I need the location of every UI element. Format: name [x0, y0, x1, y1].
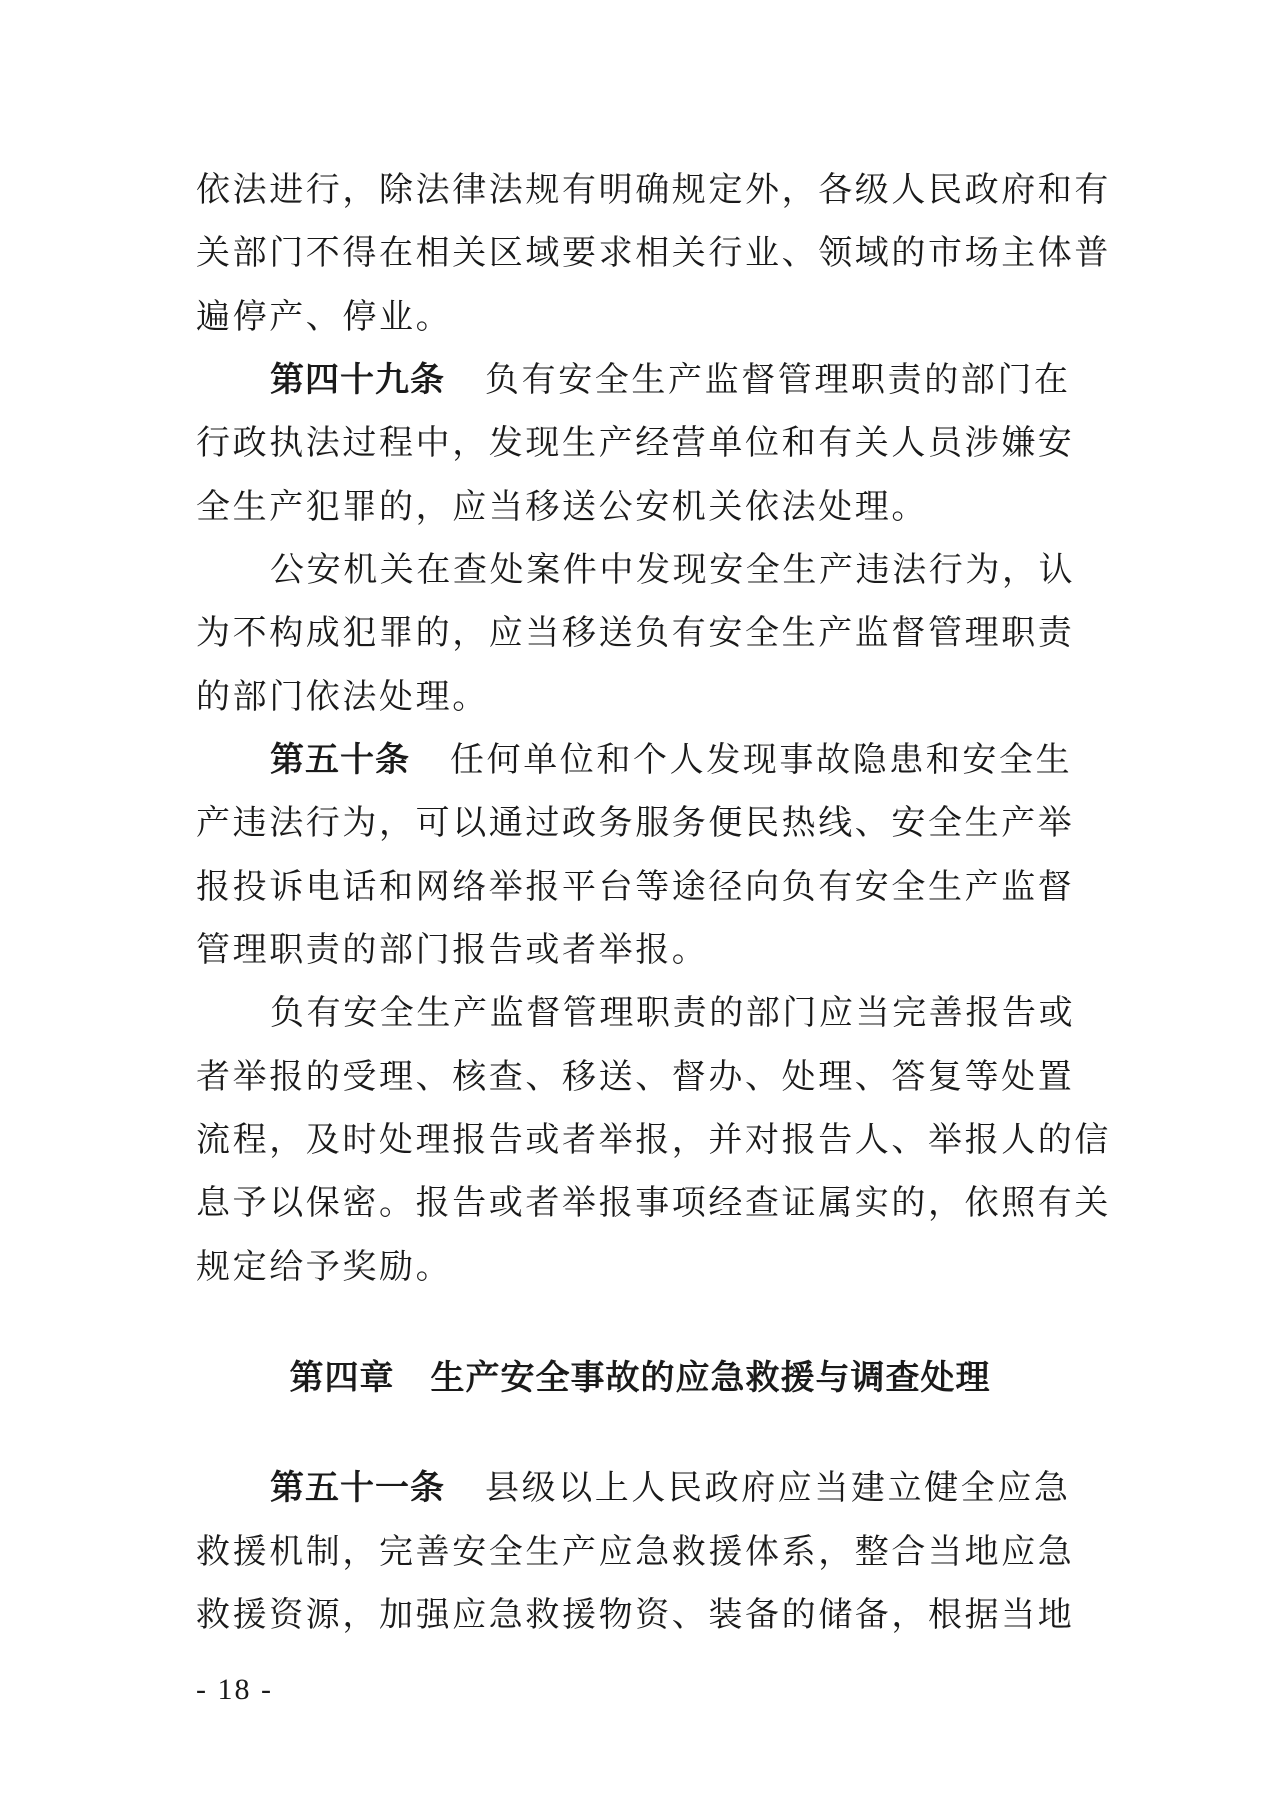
article-text: 县级以上人民政府应当建立健全应急 — [485, 1468, 1071, 1508]
text-line: 全生产犯罪的，应当移送公安机关依法处理。 — [196, 475, 1096, 539]
text-line: 关部门不得在相关区域要求相关行业、领域的市场主体普 — [196, 221, 1096, 285]
text-line: 救援机制，完善安全生产应急救援体系，整合当地应急 — [196, 1520, 1096, 1584]
text-line: 管理职责的部门报告或者举报。 — [196, 918, 1096, 982]
text-line: 报投诉电话和网络举报平台等途径向负有安全生产监督 — [196, 855, 1096, 919]
chapter-label: 第四章 — [290, 1358, 395, 1398]
article-text: 负有安全生产监督管理职责的部门在 — [485, 360, 1071, 400]
page-number: - 18 - — [196, 1672, 273, 1708]
text-line: 为不构成犯罪的，应当移送负有安全生产监督管理职责 — [196, 601, 1096, 665]
paragraph-first-line: 负有安全生产监督管理职责的部门应当完善报告或 — [196, 981, 1170, 1045]
article-label: 第五十一条 — [270, 1468, 445, 1508]
text-line: 规定给予奖励。 — [196, 1235, 1096, 1299]
text-line: 行政执法过程中，发现生产经营单位和有关人员涉嫌安 — [196, 411, 1096, 475]
text-line: 遍停产、停业。 — [196, 285, 1096, 349]
text-line: 依法进行，除法律法规有明确规定外，各级人民政府和有 — [196, 158, 1096, 222]
article-label: 第五十条 — [270, 740, 410, 780]
article-51-first-line: 第五十一条县级以上人民政府应当建立健全应急 — [196, 1456, 1170, 1520]
article-49-first-line: 第四十九条负有安全生产监督管理职责的部门在 — [196, 348, 1170, 412]
text-line: 息予以保密。报告或者举报事项经查证属实的，依照有关 — [196, 1171, 1096, 1235]
article-50-first-line: 第五十条任何单位和个人发现事故隐患和安全生 — [196, 728, 1170, 792]
article-label: 第四十九条 — [270, 360, 445, 400]
text-line: 救援资源，加强应急救援物资、装备的储备，根据当地 — [196, 1583, 1096, 1647]
paragraph-first-line: 公安机关在查处案件中发现安全生产违法行为，认 — [196, 538, 1170, 602]
text-line: 者举报的受理、核查、移送、督办、处理、答复等处置 — [196, 1045, 1096, 1109]
text-line: 的部门依法处理。 — [196, 665, 1096, 729]
document-page: 依法进行，除法律法规有明确规定外，各级人民政府和有 关部门不得在相关区域要求相关… — [0, 0, 1280, 1812]
text-line: 产违法行为，可以通过政务服务便民热线、安全生产举 — [196, 791, 1096, 855]
article-text: 任何单位和个人发现事故隐患和安全生 — [450, 740, 1072, 780]
chapter-title: 生产安全事故的应急救援与调查处理 — [431, 1358, 991, 1398]
chapter-heading: 第四章生产安全事故的应急救援与调查处理 — [0, 1346, 1280, 1410]
text-line: 流程，及时处理报告或者举报，并对报告人、举报人的信 — [196, 1108, 1096, 1172]
